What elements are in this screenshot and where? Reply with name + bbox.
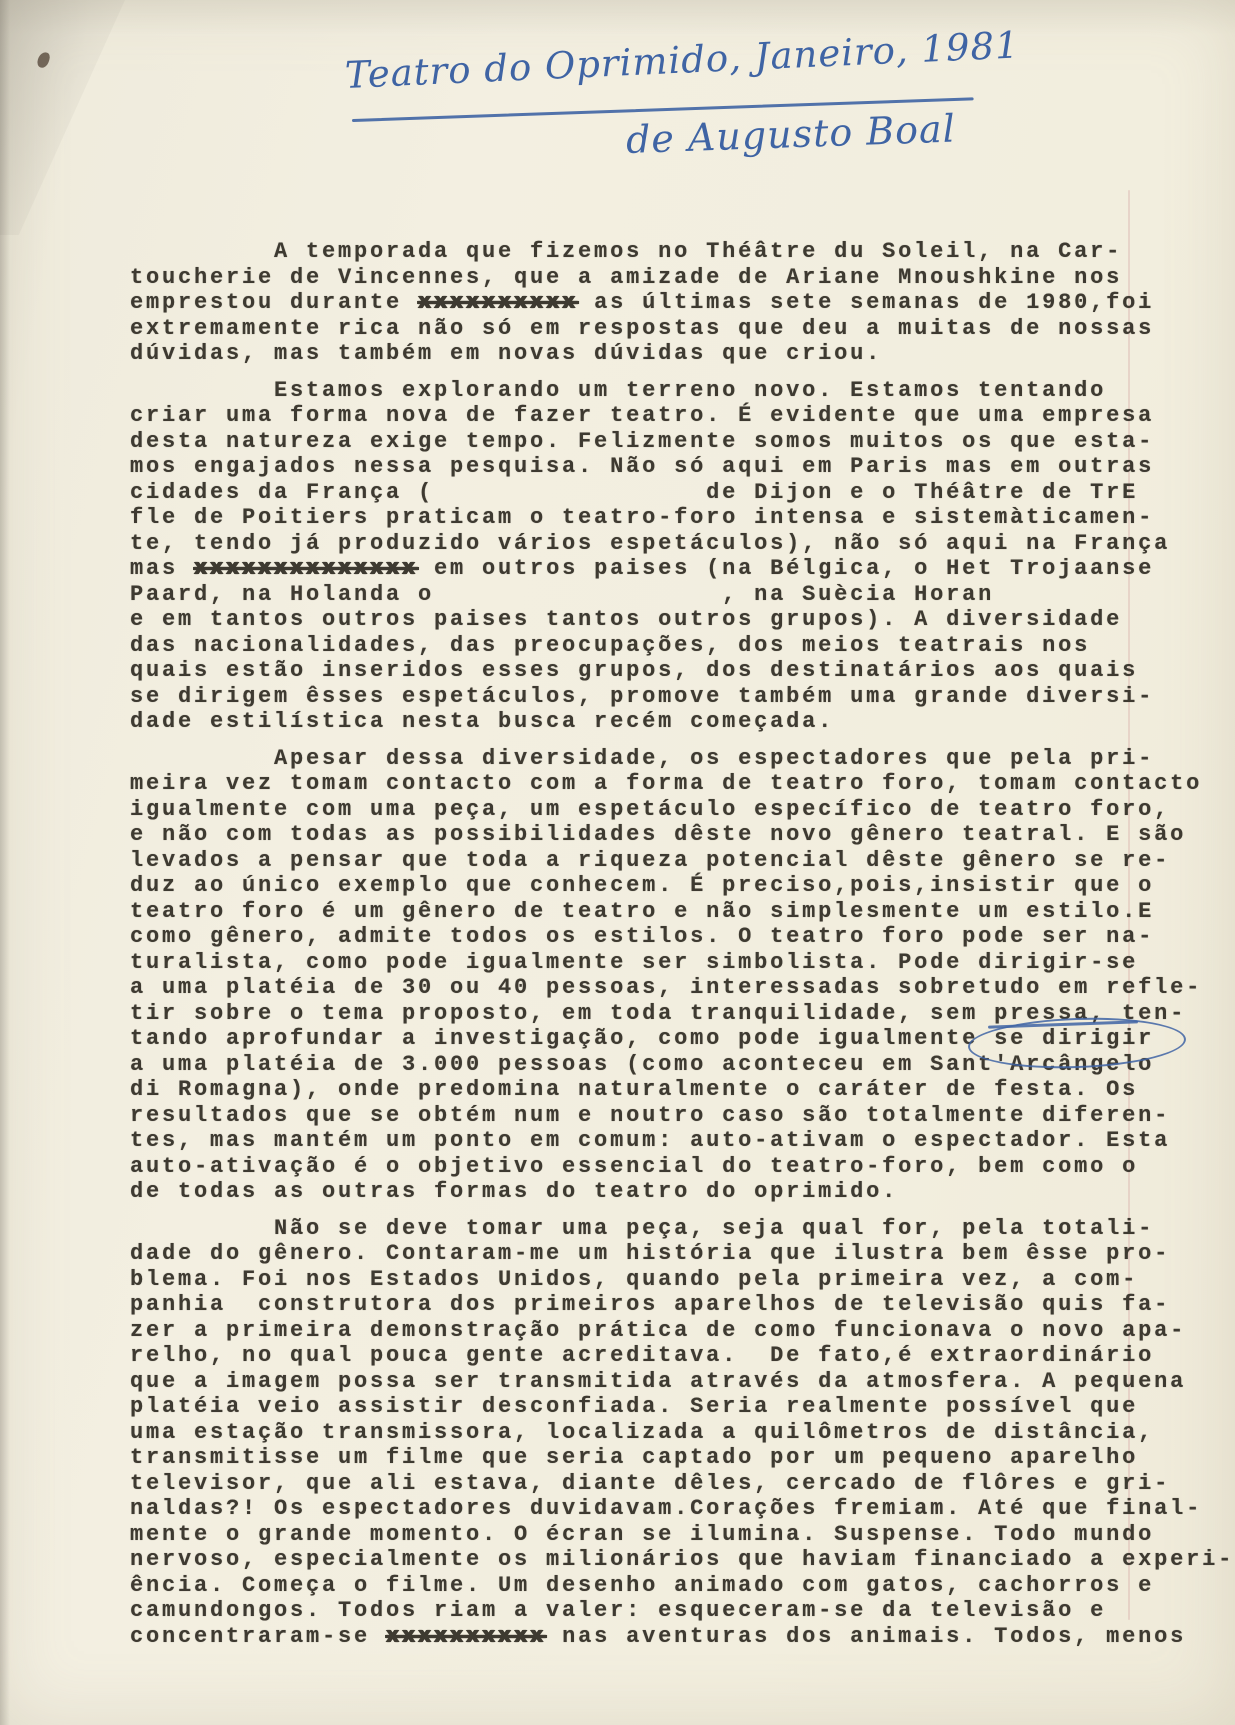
handwritten-title: Teatro do Oprimido, Janeiro, 1981 (344, 23, 1020, 97)
paragraph-1: A temporada que fizemos no Théâtre du So… (130, 239, 1235, 367)
paragraph-4: Não se deve tomar uma peça, seja qual fo… (130, 1216, 1235, 1650)
paragraph-3: Apesar dessa diversidade, os espectadore… (130, 746, 1235, 1205)
scan-left-edge-shadow (0, 0, 10, 1725)
typewritten-body: A temporada que fizemos no Théâtre du So… (130, 239, 1235, 1660)
scan-corner-shadow (0, 0, 125, 235)
paragraph-2: Estamos explorando um terreno novo. Esta… (130, 378, 1235, 735)
scanned-typewritten-page: Teatro do Oprimido, Janeiro, 1981 de Aug… (0, 0, 1235, 1725)
handwritten-author: de Augusto Boal (625, 106, 956, 161)
